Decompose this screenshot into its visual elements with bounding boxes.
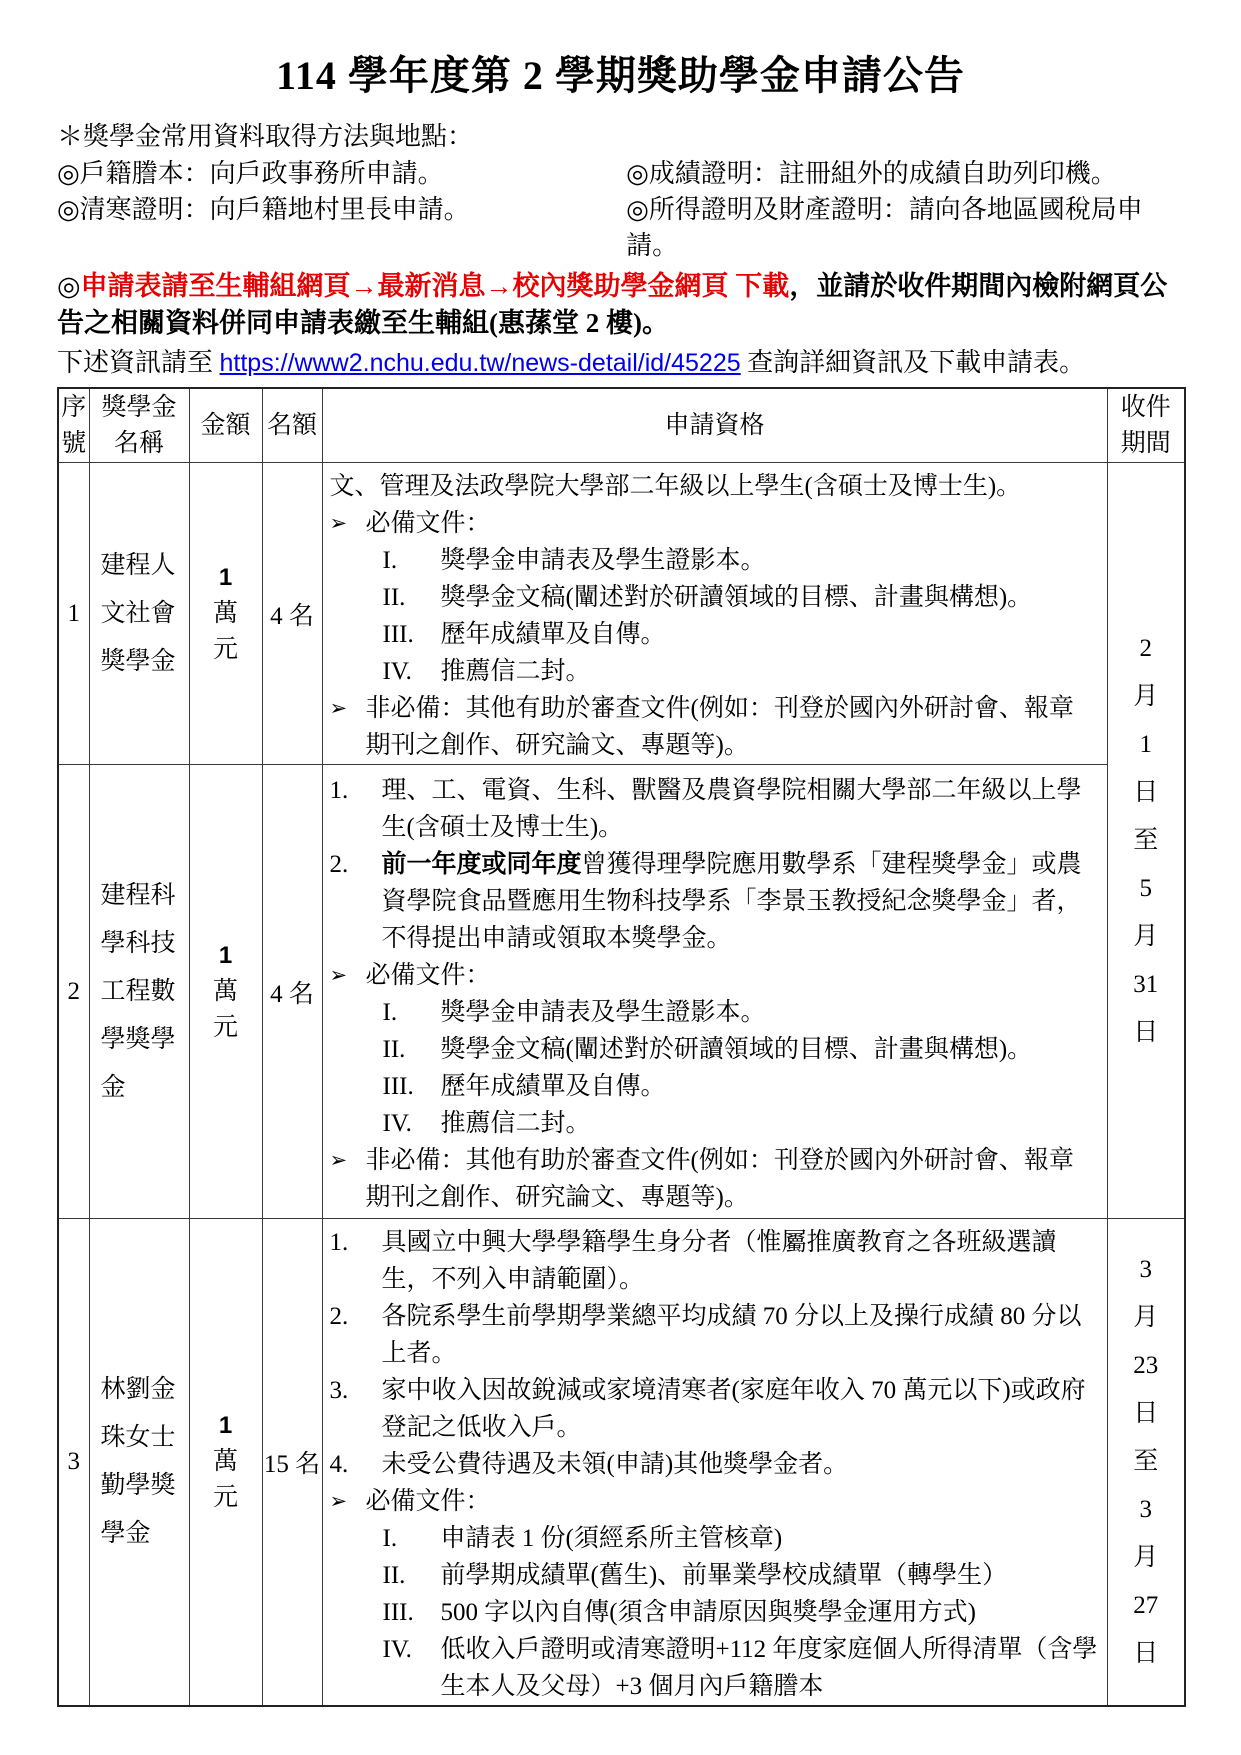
col-header-qualification: 申請資格 xyxy=(322,388,1107,463)
qual-list-item: III.500 字以內自傳(須含申請原因與獎學金運用方式) xyxy=(330,1594,1099,1631)
list-marker: 3. xyxy=(330,1372,382,1409)
notice-bullet: ◎ xyxy=(57,271,81,301)
arrow-bullet-icon: ➢ xyxy=(330,690,366,727)
qual-text-item: 文、管理及法政學院大學部二年級以上學生(含碩士及博士生)。 xyxy=(330,468,1099,505)
amount-cell: 1萬元 xyxy=(189,1219,262,1707)
scholarship-name-cell: 建程科學科技工程數學獎學金 xyxy=(89,765,189,1219)
period-char: 27 xyxy=(1108,1582,1185,1630)
period-char: 月 xyxy=(1108,1294,1185,1342)
qualification-cell: 1.具國立中興大學學籍學生身分者（惟屬推廣教育之各班級選讀生，不列入申請範圍）。… xyxy=(322,1219,1107,1707)
qual-list-item: I.申請表 1 份(須經系所主管核章) xyxy=(330,1520,1099,1557)
qual-line-text: 500 字以內自傳(須含申請原因與獎學金運用方式) xyxy=(441,1594,1099,1631)
quota-cell: 4 名 xyxy=(262,463,322,765)
qual-list-item: IV.低收入戶證明或清寒證明+112 年度家庭個人所得清單（含學生本人及父母）+… xyxy=(330,1631,1099,1705)
period-char: 5 xyxy=(1108,865,1185,913)
qual-line-text: 獎學金文稿(闡述對於研讀領域的目標、計畫與構想)。 xyxy=(441,579,1099,616)
qual-line-text: 歷年成績單及自傳。 xyxy=(441,616,1099,653)
list-marker: IV. xyxy=(383,653,441,690)
qual-list-item: 3.家中收入因故銳減或家境清寒者(家庭年收入 70 萬元以下)或政府登記之低收入… xyxy=(330,1372,1099,1446)
announcement-page: 114 學年度第 2 學期獎助學金申請公告 ＊獎學金常用資料取得方法與地點： ◎… xyxy=(0,0,1241,1755)
table-body: 1建程人文社會獎學金1萬元4 名文、管理及法政學院大學部二年級以上學生(含碩士及… xyxy=(58,463,1185,1707)
amount-line: 元 xyxy=(190,1010,262,1046)
detail-url-link[interactable]: https://www2.nchu.edu.tw/news-detail/id/… xyxy=(220,349,741,377)
list-marker: III. xyxy=(383,616,441,653)
amount-line: 元 xyxy=(190,632,262,668)
list-marker: 2. xyxy=(330,846,382,883)
page-title: 114 學年度第 2 學期獎助學金申請公告 xyxy=(0,0,1241,100)
period-char: 月 xyxy=(1108,1534,1185,1582)
qual-list-item: III.歷年成績單及自傳。 xyxy=(330,1068,1099,1105)
qual-bullet-item: ➢非必備：其他有助於審查文件(例如：刊登於國內外研討會、報章期刊之創作、研究論文… xyxy=(330,1142,1099,1216)
period-char: 月 xyxy=(1108,673,1185,721)
list-marker: IV. xyxy=(383,1631,441,1668)
qual-line-text: 前一年度或同年度曾獲得理學院應用數學系「建程獎學金」或農資學院食品暨應用生物科技… xyxy=(382,846,1099,957)
period-char: 月 xyxy=(1108,913,1185,961)
qual-list-item: 1.具國立中興大學學籍學生身分者（惟屬推廣教育之各班級選讀生，不列入申請範圍）。 xyxy=(330,1224,1099,1298)
period-char: 日 xyxy=(1108,1009,1185,1057)
qual-line-text: 理、工、電資、生科、獸醫及農資學院相關大學部二年級以上學生(含碩士及博士生)。 xyxy=(382,772,1099,846)
period-char: 至 xyxy=(1108,1438,1185,1486)
qual-line-text: 非必備：其他有助於審查文件(例如：刊登於國內外研討會、報章期刊之創作、研究論文、… xyxy=(366,1142,1099,1216)
row-number-cell: 1 xyxy=(58,463,89,765)
amount-line: 元 xyxy=(190,1480,262,1516)
period-char: 日 xyxy=(1108,1630,1185,1678)
info-item-taxproof: ◎所得證明及財產證明：請向各地區國稅局申請。 xyxy=(626,192,1184,264)
qualification-cell: 文、管理及法政學院大學部二年級以上學生(含碩士及博士生)。➢必備文件：I.獎學金… xyxy=(322,463,1107,765)
scholarship-name-cell: 建程人文社會獎學金 xyxy=(89,463,189,765)
period-char: 2 xyxy=(1108,625,1185,673)
qual-line-text: 具國立中興大學學籍學生身分者（惟屬推廣教育之各班級選讀生，不列入申請範圍）。 xyxy=(382,1224,1099,1298)
qual-line-text: 獎學金申請表及學生證影本。 xyxy=(441,542,1099,579)
qual-bullet-item: ➢必備文件： xyxy=(330,1483,1099,1520)
qual-bullet-item: ➢必備文件： xyxy=(330,957,1099,994)
qual-line-text: 家中收入因故銳減或家境清寒者(家庭年收入 70 萬元以下)或政府登記之低收入戶。 xyxy=(382,1372,1099,1446)
download-notice: ◎申請表請至生輔組網頁→最新消息→校內獎助學金網頁 下載，並請於收件期間內檢附網… xyxy=(57,268,1184,342)
qual-list-item: II.獎學金文稿(闡述對於研讀領域的目標、計畫與構想)。 xyxy=(330,579,1099,616)
download-path-highlight: 申請表請至生輔組網頁→最新消息→校內獎助學金網頁 下載 xyxy=(81,271,790,301)
period-char: 23 xyxy=(1108,1342,1185,1390)
scholarship-table: 序號 獎學金名稱 金額 名額 申請資格 收件期間 1建程人文社會獎學金1萬元4 … xyxy=(57,387,1186,1707)
qual-bullet-item: ➢必備文件： xyxy=(330,505,1099,542)
qual-line-text: 必備文件： xyxy=(366,1483,1099,1520)
link-prefix: 下述資訊請至 xyxy=(57,348,220,377)
period-char: 31 xyxy=(1108,961,1185,1009)
qual-list-item: IV.推薦信二封。 xyxy=(330,653,1099,690)
qual-line-text: 非必備：其他有助於審查文件(例如：刊登於國內外研討會、報章期刊之創作、研究論文、… xyxy=(366,690,1099,764)
amount-line: 萬 xyxy=(190,1444,262,1480)
quota-cell: 15 名 xyxy=(262,1219,322,1707)
qual-list-item: 1.理、工、電資、生科、獸醫及農資學院相關大學部二年級以上學生(含碩士及博士生)… xyxy=(330,772,1099,846)
amount-line: 1 xyxy=(190,560,262,596)
info-grid: ◎戶籍謄本：向戶政事務所申請。 ◎成績證明：註冊組外的成績自助列印機。 ◎清寒證… xyxy=(57,156,1184,264)
info-item-household: ◎戶籍謄本：向戶政事務所申請。 xyxy=(57,156,626,192)
qual-list-item: III.歷年成績單及自傳。 xyxy=(330,616,1099,653)
period-cell: 2月1日至5月31日 xyxy=(1107,463,1185,1219)
arrow-bullet-icon: ➢ xyxy=(330,505,366,542)
col-header-no: 序號 xyxy=(58,388,89,463)
list-marker: III. xyxy=(383,1068,441,1105)
qual-line-text: 各院系學生前學期學業總平均成績 70 分以上及操行成績 80 分以上者。 xyxy=(382,1298,1099,1372)
row-number-cell: 2 xyxy=(58,765,89,1219)
table-row: 1建程人文社會獎學金1萬元4 名文、管理及法政學院大學部二年級以上學生(含碩士及… xyxy=(58,463,1185,765)
qual-line-text: 申請表 1 份(須經系所主管核章) xyxy=(441,1520,1099,1557)
table-header: 序號 獎學金名稱 金額 名額 申請資格 收件期間 xyxy=(58,388,1185,463)
period-char: 3 xyxy=(1108,1486,1185,1534)
qual-bullet-item: ➢非必備：其他有助於審查文件(例如：刊登於國內外研討會、報章期刊之創作、研究論文… xyxy=(330,690,1099,764)
qual-list-item: II.獎學金文稿(闡述對於研讀領域的目標、計畫與構想)。 xyxy=(330,1031,1099,1068)
row-number-cell: 3 xyxy=(58,1219,89,1707)
qual-line-text: 推薦信二封。 xyxy=(441,1105,1099,1142)
list-marker: IV. xyxy=(383,1105,441,1142)
col-header-quota: 名額 xyxy=(262,388,322,463)
list-marker: II. xyxy=(383,579,441,616)
list-marker: 2. xyxy=(330,1298,382,1335)
list-marker: 1. xyxy=(330,772,382,809)
table-row: 3林劉金珠女士勤學獎學金1萬元15 名1.具國立中興大學學籍學生身分者（惟屬推廣… xyxy=(58,1219,1185,1707)
list-marker: II. xyxy=(383,1031,441,1068)
qual-list-item: 4.未受公費待遇及未領(申請)其他獎學金者。 xyxy=(330,1446,1099,1483)
qual-line-text: 獎學金文稿(闡述對於研讀領域的目標、計畫與構想)。 xyxy=(441,1031,1099,1068)
page-content: ＊獎學金常用資料取得方法與地點： ◎戶籍謄本：向戶政事務所申請。 ◎成績證明：註… xyxy=(57,118,1184,1707)
info-item-transcript: ◎成績證明：註冊組外的成績自助列印機。 xyxy=(626,156,1184,192)
detail-link-line: 下述資訊請至 https://www2.nchu.edu.tw/news-det… xyxy=(57,343,1184,383)
arrow-bullet-icon: ➢ xyxy=(330,957,366,994)
link-suffix: 查詢詳細資訊及下載申請表。 xyxy=(741,348,1086,377)
qual-line-text: 前學期成績單(舊生)、前畢業學校成績單（轉學生） xyxy=(441,1557,1099,1594)
list-marker: I. xyxy=(383,542,441,579)
qual-line-text: 推薦信二封。 xyxy=(441,653,1099,690)
qual-list-item: I.獎學金申請表及學生證影本。 xyxy=(330,994,1099,1031)
list-marker: 1. xyxy=(330,1224,382,1261)
col-header-name: 獎學金名稱 xyxy=(89,388,189,463)
amount-cell: 1萬元 xyxy=(189,765,262,1219)
list-marker: III. xyxy=(383,1594,441,1631)
qual-line-text: 必備文件： xyxy=(366,505,1099,542)
list-marker: I. xyxy=(383,1520,441,1557)
qual-line-text: 歷年成績單及自傳。 xyxy=(441,1068,1099,1105)
qual-list-item: 2.各院系學生前學期學業總平均成績 70 分以上及操行成績 80 分以上者。 xyxy=(330,1298,1099,1372)
quota-cell: 4 名 xyxy=(262,765,322,1219)
period-char: 至 xyxy=(1108,817,1185,865)
period-cell: 3月23日至3月27日 xyxy=(1107,1219,1185,1707)
qual-list-item: II.前學期成績單(舊生)、前畢業學校成績單（轉學生） xyxy=(330,1557,1099,1594)
amount-line: 1 xyxy=(190,938,262,974)
qual-line-text: 必備文件： xyxy=(366,957,1099,994)
list-marker: 4. xyxy=(330,1446,382,1483)
list-marker: II. xyxy=(383,1557,441,1594)
period-char: 1 xyxy=(1108,721,1185,769)
qual-line-text: 獎學金申請表及學生證影本。 xyxy=(441,994,1099,1031)
list-marker: I. xyxy=(383,994,441,1031)
qual-list-item: 2.前一年度或同年度曾獲得理學院應用數學系「建程獎學金」或農資學院食品暨應用生物… xyxy=(330,846,1099,957)
amount-line: 萬 xyxy=(190,596,262,632)
period-char: 日 xyxy=(1108,769,1185,817)
qual-line-text: 未受公費待遇及未領(申請)其他獎學金者。 xyxy=(382,1446,1099,1483)
qual-list-item: IV.推薦信二封。 xyxy=(330,1105,1099,1142)
header-row: 序號 獎學金名稱 金額 名額 申請資格 收件期間 xyxy=(58,388,1185,463)
qual-line-text: 文、管理及法政學院大學部二年級以上學生(含碩士及博士生)。 xyxy=(330,468,1099,505)
table-row: 2建程科學科技工程數學獎學金1萬元4 名1.理、工、電資、生科、獸醫及農資學院相… xyxy=(58,765,1185,1219)
info-item-lowincome: ◎清寒證明：向戶籍地村里長申請。 xyxy=(57,192,626,264)
intro-heading: ＊獎學金常用資料取得方法與地點： xyxy=(57,118,1184,156)
qual-list-item: I.獎學金申請表及學生證影本。 xyxy=(330,542,1099,579)
amount-line: 1 xyxy=(190,1408,262,1444)
qual-line-text: 低收入戶證明或清寒證明+112 年度家庭個人所得清單（含學生本人及父母）+3 個… xyxy=(441,1631,1099,1705)
col-header-period: 收件期間 xyxy=(1107,388,1185,463)
arrow-bullet-icon: ➢ xyxy=(330,1483,366,1520)
scholarship-name-cell: 林劉金珠女士勤學獎學金 xyxy=(89,1219,189,1707)
col-header-amount: 金額 xyxy=(189,388,262,463)
amount-line: 萬 xyxy=(190,974,262,1010)
arrow-bullet-icon: ➢ xyxy=(330,1142,366,1179)
period-char: 日 xyxy=(1108,1390,1185,1438)
amount-cell: 1萬元 xyxy=(189,463,262,765)
period-char: 3 xyxy=(1108,1246,1185,1294)
qualification-cell: 1.理、工、電資、生科、獸醫及農資學院相關大學部二年級以上學生(含碩士及博士生)… xyxy=(322,765,1107,1219)
